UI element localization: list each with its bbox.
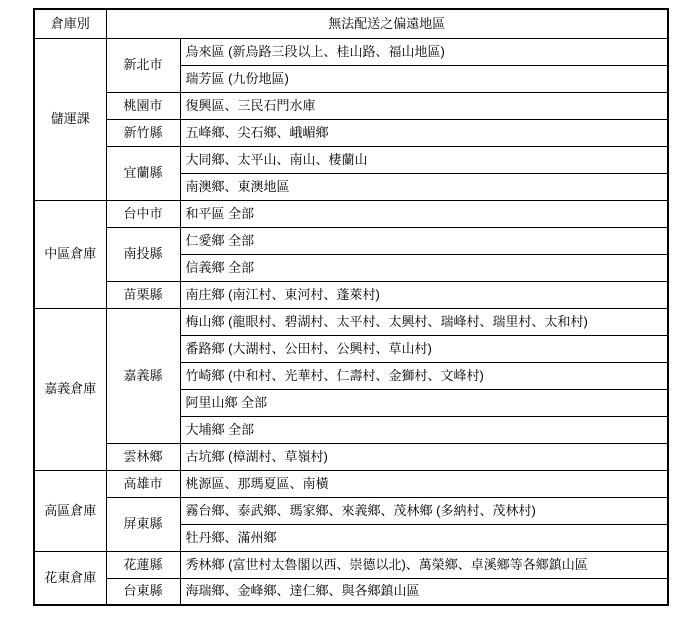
warehouse-name-cell: 儲運課 xyxy=(34,38,106,200)
table-row: 台東縣海瑞鄉、金峰鄉、達仁鄉、與各鄉鎮山區 xyxy=(34,578,668,605)
area-list-cell: 南庄鄉 (南江村、東河村、蓬萊村) xyxy=(180,281,668,308)
table-row: 苗栗縣南庄鄉 (南江村、東河村、蓬萊村) xyxy=(34,281,668,308)
area-list-cell: 海瑞鄉、金峰鄉、達仁鄉、與各鄉鎮山區 xyxy=(180,578,668,605)
table-row: 桃園市復興區、三民石門水庫 xyxy=(34,92,668,119)
county-name-cell: 嘉義縣 xyxy=(106,308,180,443)
table-row: 高區倉庫高雄市桃源區、那瑪夏區、南橫 xyxy=(34,470,668,497)
area-list-cell: 牡丹鄉、滿州鄉 xyxy=(180,524,668,551)
area-list-cell: 復興區、三民石門水庫 xyxy=(180,92,668,119)
county-name-cell: 新竹縣 xyxy=(106,119,180,146)
header-warehouse-type: 倉庫別 xyxy=(34,9,106,38)
table-row: 屏東縣霧台鄉、泰武鄉、瑪家鄉、來義鄉、茂林鄉 (多納村、茂林村) xyxy=(34,497,668,524)
area-list-cell: 古坑鄉 (樟湖村、草嶺村) xyxy=(180,443,668,470)
area-list-cell: 霧台鄉、泰武鄉、瑪家鄉、來義鄉、茂林鄉 (多納村、茂林村) xyxy=(180,497,668,524)
table-row: 新竹縣五峰鄉、尖石鄉、峨嵋鄉 xyxy=(34,119,668,146)
county-name-cell: 雲林鄉 xyxy=(106,443,180,470)
area-list-cell: 桃源區、那瑪夏區、南橫 xyxy=(180,470,668,497)
warehouse-name-cell: 花東倉庫 xyxy=(34,551,106,605)
county-name-cell: 桃園市 xyxy=(106,92,180,119)
area-list-cell: 和平區 全部 xyxy=(180,200,668,227)
area-list-cell: 秀林鄉 (富世村太魯閣以西、崇德以北)、萬榮鄉、卓溪鄉等各鄉鎮山區 xyxy=(180,551,668,578)
county-name-cell: 南投縣 xyxy=(106,227,180,281)
area-list-cell: 烏來區 (新烏路三段以上、桂山路、福山地區) xyxy=(180,38,668,65)
county-name-cell: 台東縣 xyxy=(106,578,180,605)
table-row: 儲運課新北市烏來區 (新烏路三段以上、桂山路、福山地區) xyxy=(34,38,668,65)
warehouse-name-cell: 嘉義倉庫 xyxy=(34,308,106,470)
area-list-cell: 梅山鄉 (龍眼村、碧湖村、太平村、太興村、瑞峰村、瑞里村、太和村) xyxy=(180,308,668,335)
table-row: 宜蘭縣大同鄉、太平山、南山、棲蘭山 xyxy=(34,146,668,173)
area-list-cell: 竹崎鄉 (中和村、光華村、仁壽村、金獅村、文峰村) xyxy=(180,362,668,389)
area-list-cell: 大同鄉、太平山、南山、棲蘭山 xyxy=(180,146,668,173)
county-name-cell: 台中市 xyxy=(106,200,180,227)
area-list-cell: 番路鄉 (大湖村、公田村、公興村、草山村) xyxy=(180,335,668,362)
remote-areas-table: 倉庫別 無法配送之偏遠地區 儲運課新北市烏來區 (新烏路三段以上、桂山路、福山地… xyxy=(33,8,669,606)
county-name-cell: 花蓮縣 xyxy=(106,551,180,578)
area-list-cell: 南澳鄉、東澳地區 xyxy=(180,173,668,200)
area-list-cell: 大埔鄉 全部 xyxy=(180,416,668,443)
table-row: 中區倉庫台中市和平區 全部 xyxy=(34,200,668,227)
table-row: 南投縣仁愛鄉 全部 xyxy=(34,227,668,254)
table-row: 嘉義倉庫嘉義縣梅山鄉 (龍眼村、碧湖村、太平村、太興村、瑞峰村、瑞里村、太和村) xyxy=(34,308,668,335)
county-name-cell: 宜蘭縣 xyxy=(106,146,180,200)
area-list-cell: 仁愛鄉 全部 xyxy=(180,227,668,254)
warehouse-name-cell: 高區倉庫 xyxy=(34,470,106,551)
header-undeliverable-areas: 無法配送之偏遠地區 xyxy=(106,9,668,38)
warehouse-name-cell: 中區倉庫 xyxy=(34,200,106,308)
table-row: 花東倉庫花蓮縣秀林鄉 (富世村太魯閣以西、崇德以北)、萬榮鄉、卓溪鄉等各鄉鎮山區 xyxy=(34,551,668,578)
area-list-cell: 阿里山鄉 全部 xyxy=(180,389,668,416)
table-row: 雲林鄉古坑鄉 (樟湖村、草嶺村) xyxy=(34,443,668,470)
county-name-cell: 高雄市 xyxy=(106,470,180,497)
county-name-cell: 苗栗縣 xyxy=(106,281,180,308)
area-list-cell: 五峰鄉、尖石鄉、峨嵋鄉 xyxy=(180,119,668,146)
header-row: 倉庫別 無法配送之偏遠地區 xyxy=(34,9,668,38)
table-body: 儲運課新北市烏來區 (新烏路三段以上、桂山路、福山地區)瑞芳區 (九份地區)桃園… xyxy=(34,38,668,605)
county-name-cell: 屏東縣 xyxy=(106,497,180,551)
county-name-cell: 新北市 xyxy=(106,38,180,92)
area-list-cell: 瑞芳區 (九份地區) xyxy=(180,65,668,92)
area-list-cell: 信義鄉 全部 xyxy=(180,254,668,281)
